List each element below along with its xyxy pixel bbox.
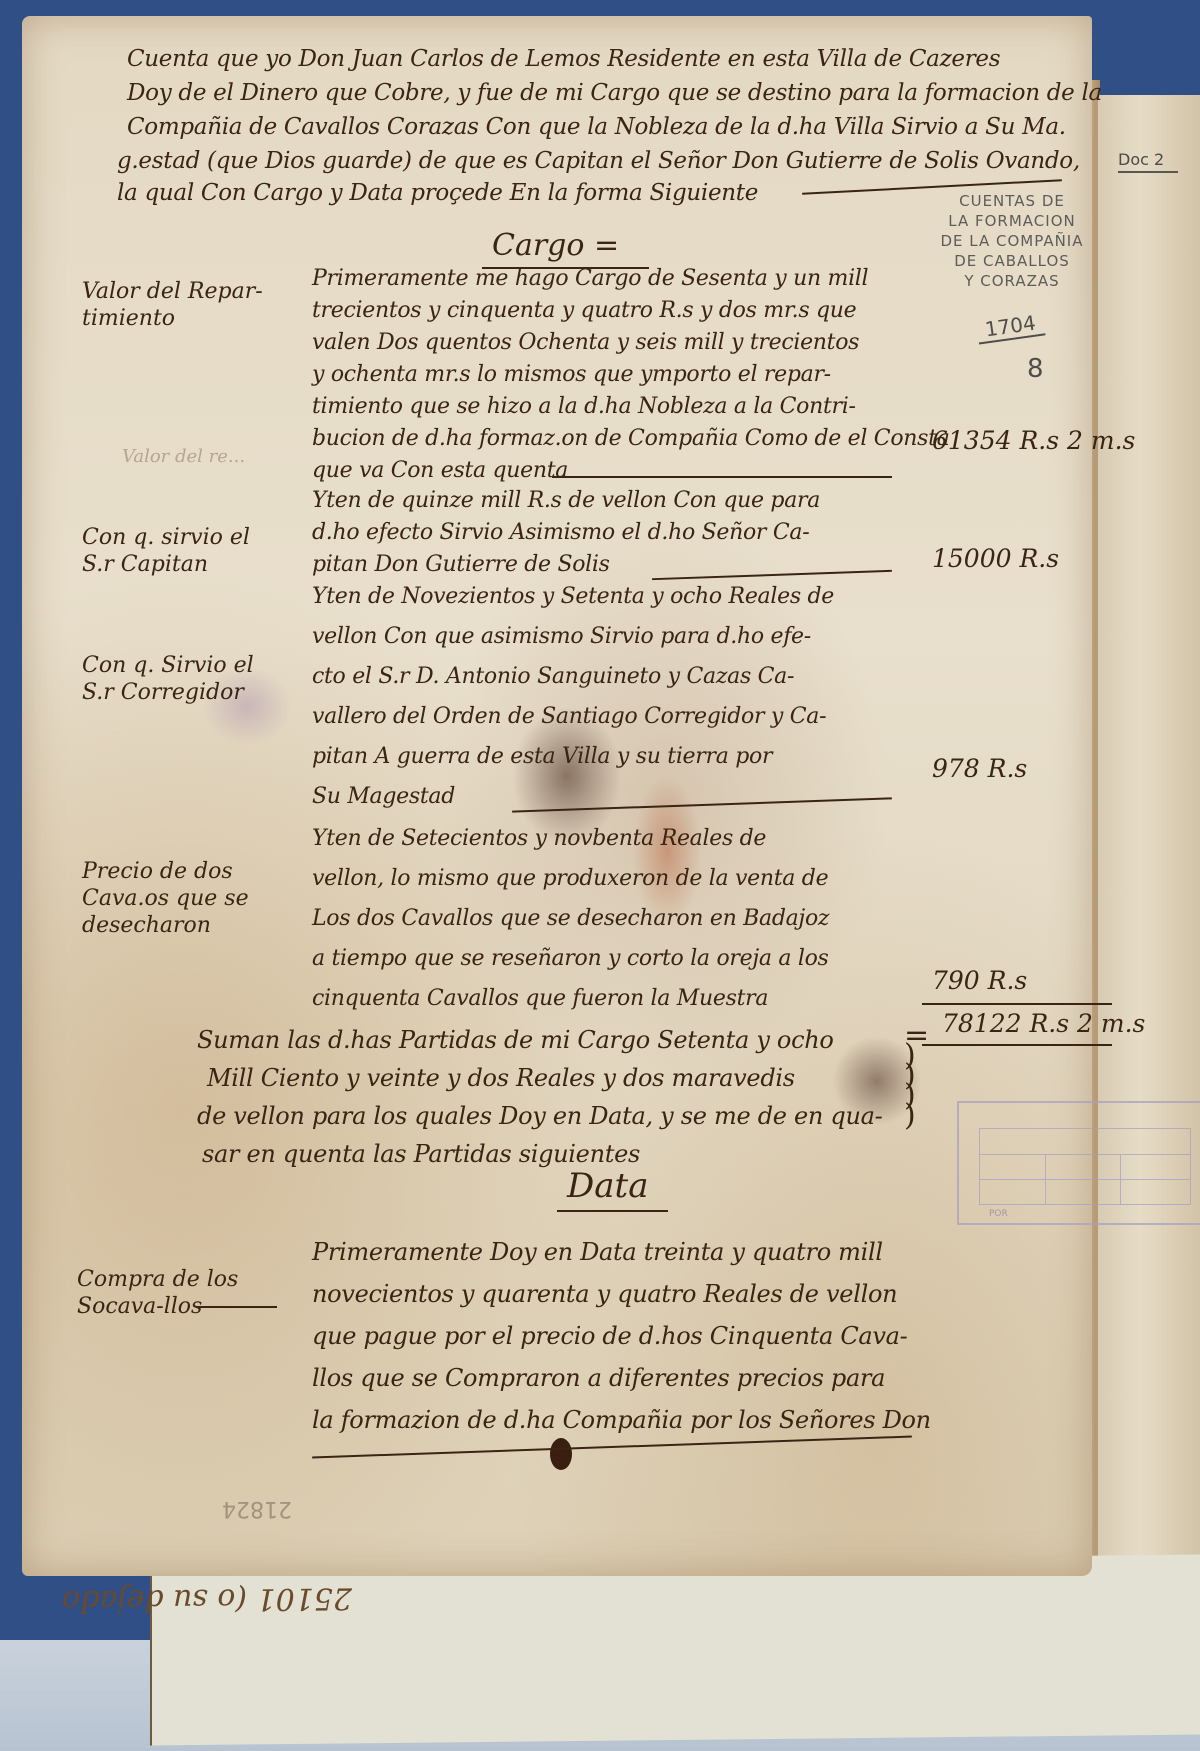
entry-line: pitan A guerra de esta Villa y su tierra… bbox=[312, 744, 772, 769]
pencil-line: DE LA COMPAÑIA bbox=[927, 231, 1097, 251]
margin-label: Con q. Sirvio el S.r Corregidor bbox=[82, 652, 282, 706]
total-line: de vellon para los quales Doy en Data, y… bbox=[197, 1102, 882, 1130]
pencil-line: LA FORMACION bbox=[927, 211, 1097, 231]
ink-blot bbox=[550, 1438, 572, 1470]
entry-line: Yten de Setecientos y novbenta Reales de bbox=[312, 826, 766, 851]
entry-line: trecientos y cinquenta y quatro R.s y do… bbox=[312, 298, 856, 323]
entry-line: vellon Con que asimismo Sirvio para d.ho… bbox=[312, 624, 811, 649]
entry-line: a tiempo que se reseñaron y corto la ore… bbox=[312, 946, 829, 971]
entry-line: timiento que se hizo a la d.ha Nobleza a… bbox=[312, 394, 856, 419]
header-line: la qual Con Cargo y Data proçede En la f… bbox=[117, 180, 758, 206]
manuscript-page: Cuenta que yo Don Juan Carlos de Lemos R… bbox=[22, 16, 1092, 1576]
margin-label: Valor del Repar-timiento bbox=[82, 278, 282, 332]
margin-label: Precio de dos Cava.os que se desecharon bbox=[82, 858, 282, 939]
entry-line: que va Con esta quenta bbox=[312, 458, 568, 483]
stamp-line bbox=[980, 1154, 1190, 1155]
entry-amount: 61354 R.s 2 m.s bbox=[932, 426, 1135, 455]
entry-line: novecientos y quarenta y quatro Reales d… bbox=[312, 1280, 897, 1308]
underlying-sheet-right: Doc 2 bbox=[1095, 95, 1200, 1595]
entry-amount: 790 R.s bbox=[932, 966, 1027, 995]
entry-line: y ochenta mr.s lo mismos que ymporto el … bbox=[312, 362, 831, 387]
entry-line: vellon, lo mismo que produxeron de la ve… bbox=[312, 866, 828, 891]
pencil-year: 1704 bbox=[976, 309, 1046, 344]
entry-line: Yten de quinze mill R.s de vellon Con qu… bbox=[312, 488, 820, 513]
entry-line: cto el S.r D. Antonio Sanguineto y Cazas… bbox=[312, 664, 794, 689]
underlying-sheet-text: 25101 (o su dejado bbox=[62, 1580, 352, 1618]
entry-line: valen Dos quentos Ochenta y seis mill y … bbox=[312, 330, 859, 355]
rust-stain bbox=[632, 776, 702, 926]
stamp-line bbox=[1120, 1154, 1121, 1204]
total-amount: 78122 R.s 2 m.s bbox=[942, 1009, 1145, 1038]
entry-rule bbox=[312, 1436, 912, 1459]
entry-line: Los dos Cavallos que se desecharon en Ba… bbox=[312, 906, 829, 931]
entry-line: cinquenta Cavallos que fueron la Muestra bbox=[312, 986, 768, 1011]
entry-line: vallero del Orden de Santiago Corregidor… bbox=[312, 704, 826, 729]
margin-rule bbox=[197, 1306, 277, 1308]
stamp-text: POR bbox=[989, 1209, 1008, 1219]
pencil-annotation: CUENTAS DE LA FORMACION DE LA COMPAÑIA D… bbox=[927, 191, 1097, 291]
pencil-line: CUENTAS DE bbox=[927, 191, 1097, 211]
underlying-sheet-bottom: 25101 (o su dejado bbox=[150, 1554, 1200, 1745]
cargo-heading: Cargo = bbox=[482, 228, 649, 269]
entry-line: Primeramente Doy en Data treinta y quatr… bbox=[312, 1238, 883, 1266]
margin-label: Compra de los Socava-llos bbox=[77, 1266, 277, 1320]
entry-amount: 15000 R.s bbox=[932, 544, 1059, 573]
header-line: Cuenta que yo Don Juan Carlos de Lemos R… bbox=[127, 46, 1000, 72]
entry-line: llos que se Compraron a diferentes preci… bbox=[312, 1364, 885, 1392]
sum-rule bbox=[922, 1003, 1112, 1005]
entry-line: la formazion de d.ha Compañia por los Se… bbox=[312, 1406, 931, 1434]
tab-note: Doc 2 bbox=[1118, 150, 1178, 173]
pencil-folio: 8 bbox=[1027, 354, 1044, 384]
header-line: Compañia de Cavallos Corazas Con que la … bbox=[127, 114, 1066, 140]
entry-line: Primeramente me hago Cargo de Sesenta y … bbox=[312, 266, 868, 291]
entry-line: que pague por el precio de d.hos Cinquen… bbox=[312, 1322, 907, 1350]
entry-rule bbox=[552, 476, 892, 478]
total-line: Suman las d.has Partidas de mi Cargo Set… bbox=[197, 1026, 834, 1054]
entry-line: bucion de d.ha formaz.on de Compañia Com… bbox=[312, 426, 950, 451]
entry-line: Su Magestad bbox=[312, 784, 455, 809]
entry-line: Yten de Novezientos y Setenta y ocho Rea… bbox=[312, 584, 834, 609]
pencil-line: DE CABALLOS bbox=[927, 251, 1097, 271]
header-line: g.estad (que Dios guarde) de que es Capi… bbox=[117, 148, 1080, 174]
faint-number: 21824 bbox=[222, 1496, 292, 1521]
stamp-line bbox=[1045, 1154, 1046, 1204]
entry-line: pitan Don Gutierre de Solis bbox=[312, 552, 610, 577]
faint-margin-note: Valor del re... bbox=[122, 446, 245, 467]
data-heading: Data bbox=[557, 1166, 668, 1212]
header-line: Doy de el Dinero que Cobre, y fue de mi … bbox=[127, 80, 1102, 106]
entry-amount: 978 R.s bbox=[932, 754, 1027, 783]
stamp-line bbox=[980, 1179, 1190, 1180]
entry-line: d.ho efecto Sirvio Asimismo el d.ho Seño… bbox=[312, 520, 809, 545]
entry-rule bbox=[652, 570, 892, 580]
archive-stamp: POR bbox=[957, 1101, 1200, 1225]
pencil-line: Y CORAZAS bbox=[927, 271, 1097, 291]
stamp-grid bbox=[979, 1128, 1191, 1205]
total-rule bbox=[922, 1044, 1112, 1046]
total-line: sar en quenta las Partidas siguientes bbox=[202, 1140, 640, 1168]
margin-label: Con q. sirvio el S.r Capitan bbox=[82, 524, 282, 578]
total-line: Mill Ciento y veinte y dos Reales y dos … bbox=[207, 1064, 795, 1092]
brace-mark: =)))) bbox=[904, 1026, 929, 1126]
